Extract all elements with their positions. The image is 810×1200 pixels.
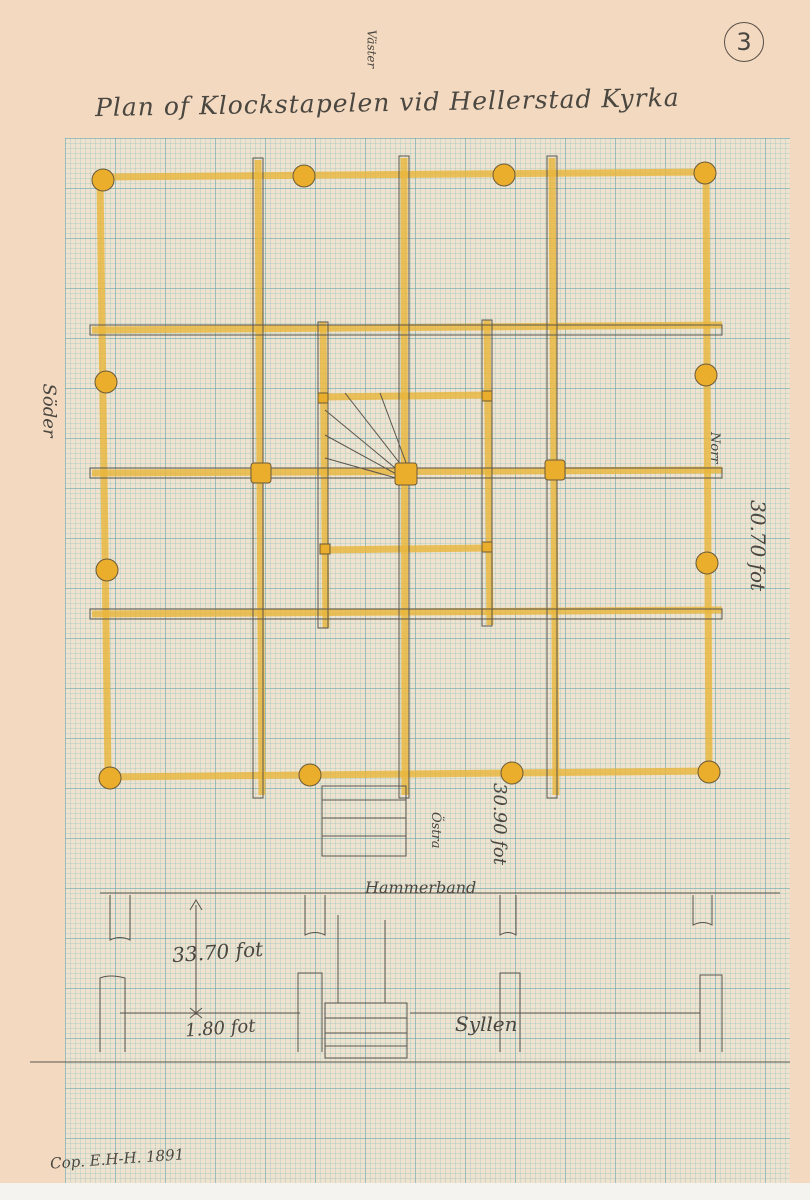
elevation-drawing: [30, 893, 790, 1062]
entrance-steps: [322, 786, 406, 856]
floor-plan-drawing: [0, 0, 810, 1200]
